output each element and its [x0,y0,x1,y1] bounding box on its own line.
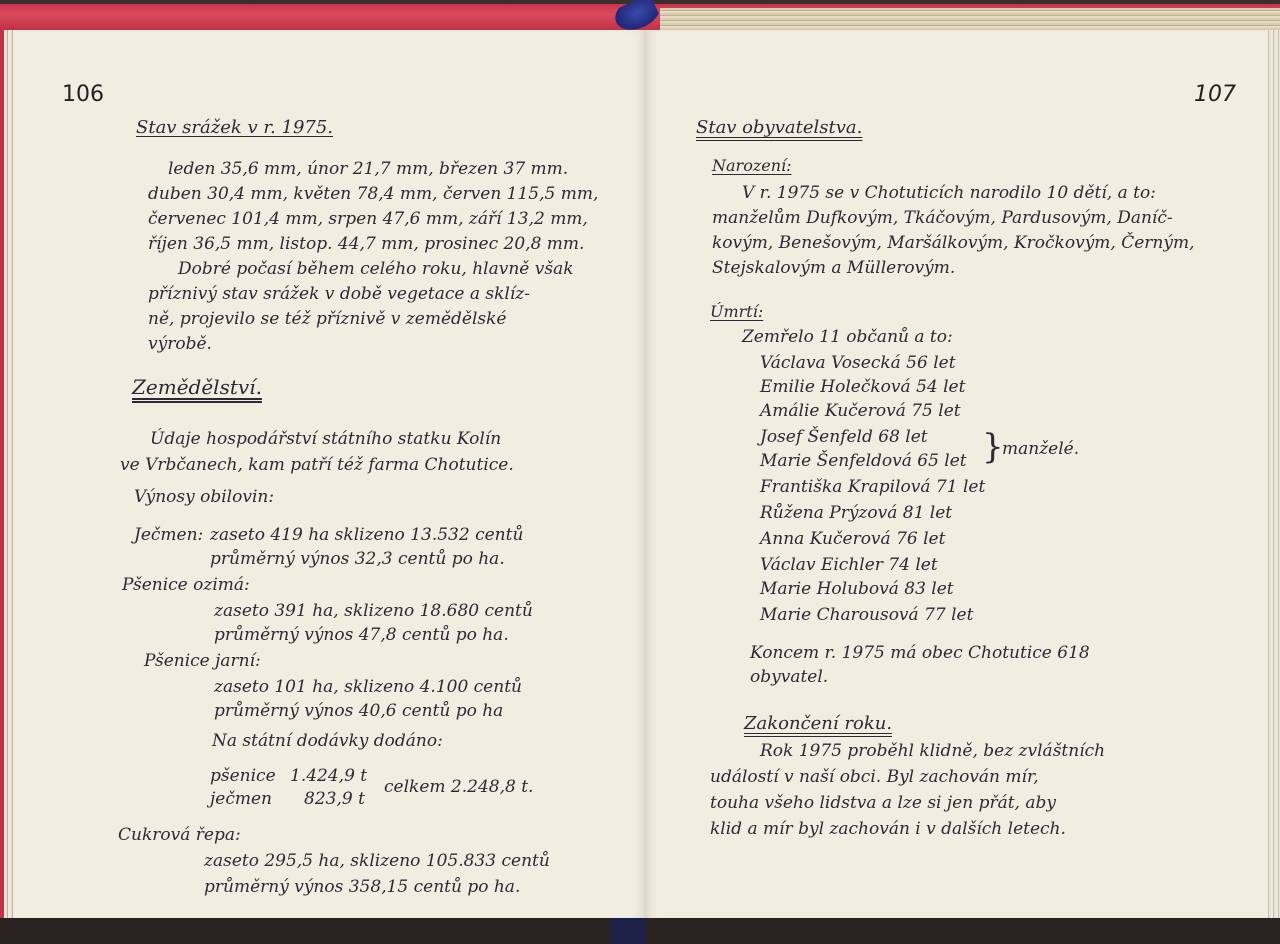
right-page: 107 Stav obyvatelstva. Narození: V r. 19… [646,30,1268,918]
text-line: ně, projevilo se též příznivě v zeměděls… [148,308,506,331]
deceased-person: Anna Kučerová 76 let [760,528,945,551]
crop-line: průměrný výnos 358,15 centů po ha. [204,876,520,899]
deceased-person: Růžena Prýzová 81 let [760,502,952,525]
bookmark-ribbon-bottom-icon [610,918,646,944]
section-title-year-end: Zakončení roku. [744,712,892,735]
delivery-amount: 1.424,9 t [290,765,367,788]
crop-line: zaseto 391 ha, sklizeno 18.680 centů [214,600,533,623]
text-line: leden 35,6 mm, únor 21,7 mm, březen 37 m… [168,158,568,181]
crop-name: Ječmen: [134,524,203,547]
text-line: událostí v naší obci. Byl zachován mír, [710,766,1039,789]
text-line: příznivý stav srážek v době vegetace a s… [148,283,530,306]
births-label: Narození: [712,154,792,177]
text-line: Dobré počasí během celého roku, hlavně v… [178,258,574,281]
deceased-person: Josef Šenfeld 68 let [760,426,928,449]
deceased-person: Marie Holubová 83 let [760,578,954,601]
text-line: manželům Dufkovým, Tkáčovým, Pardusovým,… [712,207,1173,230]
text-line: Údaje hospodářství státního statku Kolín [150,428,501,451]
deaths-label: Úmrtí: [710,300,763,323]
crop-line: zaseto 419 ha sklizeno 13.532 centů [210,524,523,547]
deceased-person: Václav Eichler 74 let [760,554,938,577]
section-title-agriculture: Zemědělství. [132,376,262,399]
text-line: výrobě. [148,333,212,356]
right-page-edges [1266,30,1280,918]
text-line: touha všeho lidstva a lze si jen přát, a… [710,792,1056,815]
text-line: duben 30,4 mm, květen 78,4 mm, červen 11… [148,183,598,206]
text-line: Rok 1975 proběhl klidně, bez zvláštních [760,740,1105,763]
deceased-person: Emilie Holečková 54 let [760,376,965,399]
deceased-person: Františka Krapilová 71 let [760,476,985,499]
deceased-person: Amálie Kučerová 75 let [760,400,961,423]
delivery-amount: 823,9 t [304,788,365,811]
crop-name: Cukrová řepa: [118,824,241,847]
deliveries-total: celkem 2.248,8 t. [384,776,533,799]
crop-line: průměrný výnos 47,8 centů po ha. [214,624,509,647]
deliveries-label: Na státní dodávky dodáno: [212,730,443,753]
crop-line: zaseto 295,5 ha, sklizeno 105.833 centů [204,850,550,873]
delivery-crop: pšenice [210,765,276,788]
text-line: V r. 1975 se v Chotuticích narodilo 10 d… [742,182,1156,205]
couple-note: manželé. [1002,438,1079,461]
text-line: ve Vrbčanech, kam patří též farma Chotut… [120,454,514,477]
page-number: 106 [62,82,104,107]
population-line: Koncem r. 1975 má obec Chotutice 618 [750,642,1090,665]
deaths-intro: Zemřelo 11 občanů a to: [742,326,953,349]
section-title-precipitation: Stav srážek v r. 1975. [136,116,333,139]
section-title-population: Stav obyvatelstva. [696,116,862,139]
crop-line: zaseto 101 ha, sklizeno 4.100 centů [214,676,522,699]
left-page: 106 Stav srážek v r. 1975. leden 35,6 mm… [14,30,647,918]
deceased-person: Václava Vosecká 56 let [760,352,956,375]
text-line: kovým, Benešovým, Maršálkovým, Kročkovým… [712,232,1195,255]
crop-name: Pšenice jarní: [144,650,261,673]
crop-name: Pšenice ozimá: [122,574,250,597]
deceased-person: Marie Charousová 77 let [760,604,973,627]
crop-line: průměrný výnos 40,6 centů po ha [214,700,503,723]
crop-line: průměrný výnos 32,3 centů po ha. [210,548,505,571]
page-number: 107 [1194,82,1236,107]
deceased-person: Marie Šenfeldová 65 let [760,450,967,473]
text-line: říjen 36,5 mm, listop. 44,7 mm, prosinec… [148,233,584,256]
text-line: červenec 101,4 mm, srpen 47,6 mm, září 1… [148,208,588,231]
text-line: klid a mír byl zachován i v dalších lete… [710,818,1066,841]
text-line: Stejskalovým a Müllerovým. [712,257,955,280]
population-line: obyvatel. [750,666,828,689]
delivery-crop: ječmen [210,788,272,811]
couple-brace: } [982,430,1004,464]
yields-label: Výnosy obilovin: [134,486,274,509]
